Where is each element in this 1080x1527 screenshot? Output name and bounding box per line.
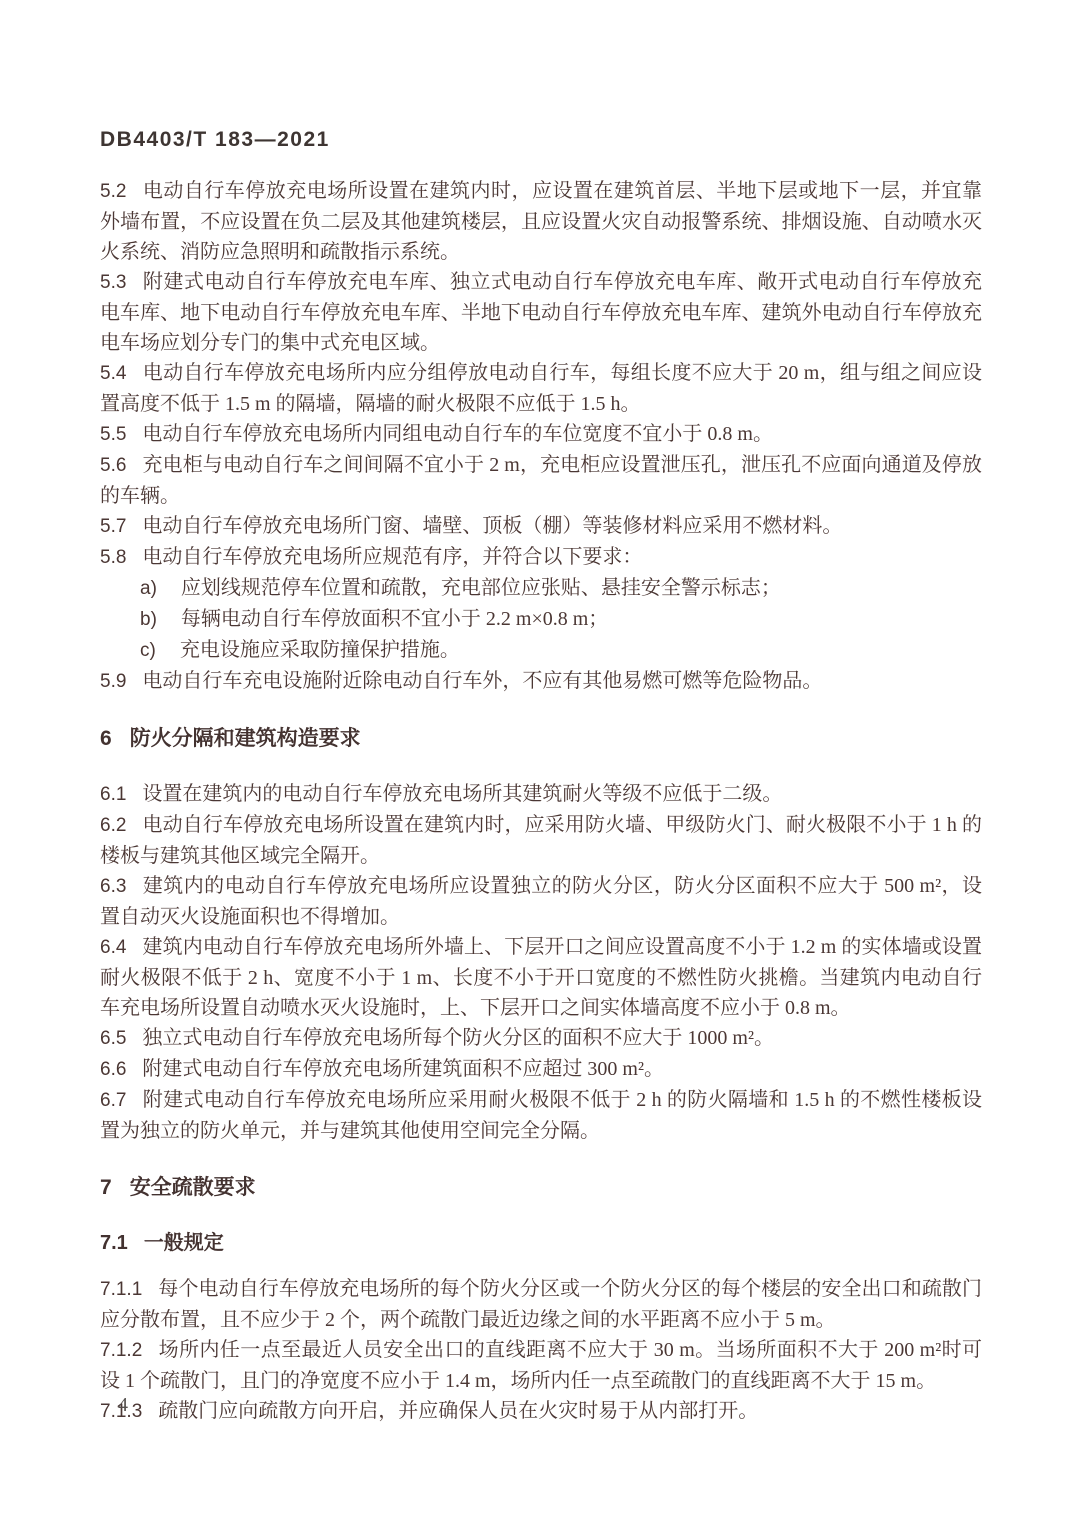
clause-6-4: 6.4建筑内电动自行车停放充电场所外墙上、下层开口之间应设置高度不小于 1.2 … (100, 932, 982, 1023)
clause-text: 疏散门应向疏散方向开启，并应确保人员在火灾时易于从内部打开。 (158, 1400, 758, 1422)
section-number: 6 (100, 727, 130, 750)
section-heading-7: 7安全疏散要求 (100, 1173, 982, 1203)
list-item-text: 应划线规范停车位置和疏散，充电部位应张贴、悬挂安全警示标志； (181, 577, 781, 599)
list-item-c: c)充电设施应采取防撞保护措施。 (100, 635, 982, 666)
clause-number: 5.9 (100, 671, 142, 692)
clause-number: 6.3 (100, 876, 142, 897)
clause-5-2: 5.2电动自行车停放充电场所设置在建筑内时，应设置在建筑首层、半地下层或地下一层… (100, 176, 982, 267)
clause-6-3: 6.3建筑内的电动自行车停放充电场所应设置独立的防火分区，防火分区面积不应大于 … (100, 871, 982, 932)
list-item-marker: a) (140, 578, 181, 599)
clause-number: 5.4 (100, 363, 142, 384)
clause-text: 建筑内的电动自行车停放充电场所应设置独立的防火分区，防火分区面积不应大于 500… (100, 875, 982, 928)
clause-text: 独立式电动自行车停放充电场所每个防火分区的面积不应大于 1000 m²。 (142, 1027, 774, 1049)
clause-text: 附建式电动自行车停放充电场所应采用耐火极限不低于 2 h 的防火隔墙和 1.5 … (100, 1089, 982, 1142)
clause-text: 场所内任一点至最近人员安全出口的直线距离不应大于 30 m。当场所面积不大于 2… (100, 1339, 982, 1392)
list-item-text: 每辆电动自行车停放面积不宜小于 2.2 m×0.8 m； (181, 608, 608, 630)
clause-number: 6.7 (100, 1090, 142, 1111)
clause-text: 附建式电动自行车停放充电场所建筑面积不应超过 300 m²。 (142, 1058, 664, 1080)
clause-5-4: 5.4电动自行车停放充电场所内应分组停放电动自行车，每组长度不应大于 20 m，… (100, 358, 982, 419)
section-heading-6: 6防火分隔和建筑构造要求 (100, 724, 982, 754)
clause-text: 电动自行车停放充电场所设置在建筑内时，应采用防火墙、甲级防火门、耐火极限不小于 … (100, 814, 982, 867)
list-item-marker: b) (140, 609, 181, 630)
document-page: DB4403/T 183—2021 5.2电动自行车停放充电场所设置在建筑内时，… (0, 0, 1080, 1527)
section-number: 7 (100, 1176, 130, 1199)
clause-5-9: 5.9电动自行车充电设施附近除电动自行车外，不应有其他易燃可燃等危险物品。 (100, 666, 982, 697)
clause-7-1-2: 7.1.2场所内任一点至最近人员安全出口的直线距离不应大于 30 m。当场所面积… (100, 1335, 982, 1396)
list-item-b: b)每辆电动自行车停放面积不宜小于 2.2 m×0.8 m； (100, 604, 982, 635)
clause-number: 6.1 (100, 784, 142, 805)
clause-number: 5.3 (100, 272, 142, 293)
clause-number: 5.5 (100, 424, 142, 445)
clause-5-6: 5.6充电柜与电动自行车之间间隔不宜小于 2 m，充电柜应设置泄压孔，泄压孔不应… (100, 450, 982, 511)
clause-text: 附建式电动自行车停放充电车库、独立式电动自行车停放充电车库、敞开式电动自行车停放… (100, 271, 982, 354)
clause-number: 5.2 (100, 181, 142, 202)
clause-6-7: 6.7附建式电动自行车停放充电场所应采用耐火极限不低于 2 h 的防火隔墙和 1… (100, 1085, 982, 1146)
clause-6-1: 6.1设置在建筑内的电动自行车停放充电场所其建筑耐火等级不应低于二级。 (100, 779, 982, 810)
list-item-text: 充电设施应采取防撞保护措施。 (180, 639, 460, 661)
clause-text: 充电柜与电动自行车之间间隔不宜小于 2 m，充电柜应设置泄压孔，泄压孔不应面向通… (100, 454, 982, 507)
clause-number: 5.7 (100, 516, 142, 537)
clause-number: 7.1.2 (100, 1340, 158, 1361)
clause-5-3: 5.3附建式电动自行车停放充电车库、独立式电动自行车停放充电车库、敞开式电动自行… (100, 267, 982, 358)
clause-number: 6.6 (100, 1059, 142, 1080)
clause-text: 电动自行车停放充电场所门窗、墙壁、顶板（棚）等装修材料应采用不燃材料。 (142, 515, 842, 537)
clause-7-1-3: 7.1.3疏散门应向疏散方向开启，并应确保人员在火灾时易于从内部打开。 (100, 1396, 982, 1427)
clause-number: 5.8 (100, 547, 142, 568)
clause-text: 电动自行车停放充电场所设置在建筑内时，应设置在建筑首层、半地下层或地下一层，并宜… (100, 180, 982, 263)
clause-text: 电动自行车停放充电场所应规范有序，并符合以下要求： (142, 546, 642, 568)
clause-text: 建筑内电动自行车停放充电场所外墙上、下层开口之间应设置高度不小于 1.2 m 的… (100, 936, 982, 1019)
section-title: 防火分隔和建筑构造要求 (130, 727, 361, 750)
subsection-number: 7.1 (100, 1232, 144, 1254)
clause-number: 5.6 (100, 455, 142, 476)
clause-text: 设置在建筑内的电动自行车停放充电场所其建筑耐火等级不应低于二级。 (142, 783, 782, 805)
clause-5-7: 5.7电动自行车停放充电场所门窗、墙壁、顶板（棚）等装修材料应采用不燃材料。 (100, 511, 982, 542)
clause-number: 6.2 (100, 815, 142, 836)
page-content: DB4403/T 183—2021 5.2电动自行车停放充电场所设置在建筑内时，… (100, 128, 982, 1427)
clause-number: 6.5 (100, 1028, 142, 1049)
clause-5-5: 5.5电动自行车停放充电场所内同组电动自行车的车位宽度不宜小于 0.8 m。 (100, 419, 982, 450)
clause-text: 每个电动自行车停放充电场所的每个防火分区或一个防火分区的每个楼层的安全出口和疏散… (100, 1278, 982, 1331)
page-number: 4 (118, 1394, 128, 1417)
clause-6-2: 6.2电动自行车停放充电场所设置在建筑内时，应采用防火墙、甲级防火门、耐火极限不… (100, 810, 982, 871)
clause-text: 电动自行车充电设施附近除电动自行车外，不应有其他易燃可燃等危险物品。 (142, 670, 822, 692)
clause-6-5: 6.5独立式电动自行车停放充电场所每个防火分区的面积不应大于 1000 m²。 (100, 1023, 982, 1054)
clause-number: 6.4 (100, 937, 142, 958)
list-item-marker: c) (140, 640, 180, 661)
clause-number: 7.1.1 (100, 1279, 158, 1300)
list-item-a: a)应划线规范停车位置和疏散，充电部位应张贴、悬挂安全警示标志； (100, 573, 982, 604)
subsection-title: 一般规定 (144, 1232, 224, 1254)
clause-7-1-1: 7.1.1每个电动自行车停放充电场所的每个防火分区或一个防火分区的每个楼层的安全… (100, 1274, 982, 1335)
clause-text: 电动自行车停放充电场所内应分组停放电动自行车，每组长度不应大于 20 m，组与组… (100, 362, 982, 415)
clause-text: 电动自行车停放充电场所内同组电动自行车的车位宽度不宜小于 0.8 m。 (142, 423, 773, 445)
clause-5-8: 5.8电动自行车停放充电场所应规范有序，并符合以下要求： (100, 542, 982, 573)
subsection-heading-7-1: 7.1一般规定 (100, 1228, 982, 1258)
clause-number: 7.1.3 (100, 1401, 158, 1422)
standard-code-header: DB4403/T 183—2021 (100, 128, 982, 152)
section-title: 安全疏散要求 (130, 1176, 256, 1199)
clause-6-6: 6.6附建式电动自行车停放充电场所建筑面积不应超过 300 m²。 (100, 1054, 982, 1085)
